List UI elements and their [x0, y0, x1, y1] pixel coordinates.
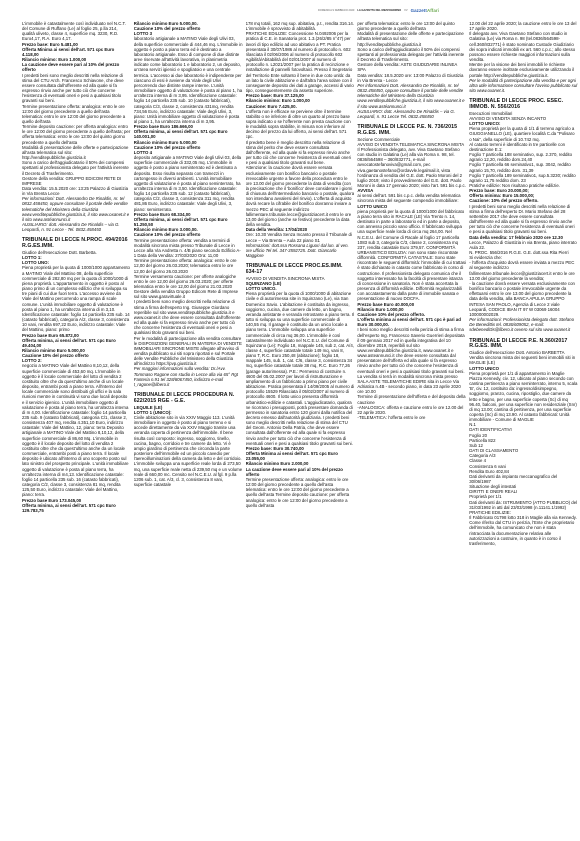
notice-paragraph: - la cauzione dovrà essere versata esclu…: [469, 281, 578, 317]
notice-heading: TRIBUNALE DI LECCE PROC.ES.IMM. 634-17: [246, 264, 355, 276]
notice-paragraph: Piena proprietà per la quota di 1000/100…: [246, 291, 355, 446]
notice-paragraph: Sono a carico dell'aggiudicatario il 50%…: [22, 160, 131, 175]
notice-heading: TRIBUNALE DI LECCE PROCEDURA N. 622/2015…: [134, 393, 243, 405]
notice-paragraph: Foglio 7 particella 66 seminativo1, sup.…: [469, 162, 578, 172]
header-newspaper-name: LA GAZZETTA DEL MEZZOGIORNO: [357, 9, 401, 12]
notice-column-5: 12.00 del 22 aprile 2020; la cauzione en…: [469, 21, 578, 836]
notice-paragraph: Dati derivanti da impianto meccanografic…: [469, 474, 578, 484]
notice-column-3: 178 mq totali, 162 mq sup. abitativa, p.…: [246, 21, 355, 836]
notice-paragraph: Per informazioni Dott. Alessandro De Rin…: [357, 83, 466, 109]
notice-paragraph: Termine presentazione offerta: analogica…: [134, 258, 243, 273]
notice-paragraph: Per informazioni: Professionista delegat…: [469, 317, 578, 332]
notice-paragraph: Dati derivanti da: ISTRUMENTO (ATTO PUBB…: [469, 500, 578, 510]
notice-bold-line: Offerta minima, ai sensi dell'art. 571 c…: [22, 503, 131, 513]
notice-bold-line: Data della vendita: 17 febbraio 2020 ore…: [469, 235, 578, 240]
notice-paragraph: Piena proprietà per la quota di 1/1 di t…: [469, 126, 578, 141]
notice-paragraph: laboratorio artigianale a MATINO Viale d…: [134, 36, 243, 124]
notice-paragraph: 12.00 del 22 aprile 2020; la cauzione en…: [469, 21, 578, 31]
header-date: DOMENICA 9 FEBBRAIO 2020: [318, 9, 354, 12]
notice-bold-line: La cauzione deve essere pari al 10% del …: [246, 467, 355, 477]
notice-paragraph: Termine presentazione offerta: vendita a…: [134, 238, 243, 259]
notice-heading: TRIBUNALE DI LECCE N.PROC. 494/2016 R.G.…: [22, 238, 131, 250]
notice-paragraph: Ore: 10.30 Vendita Senza Incanto presso …: [246, 232, 355, 242]
notice-paragraph: Per informazioni: Dott. Alessandro De Ri…: [22, 196, 131, 222]
notice-paragraph: Vendita sincrona mista dei seguenti beni…: [469, 355, 578, 365]
notice-column-1: L'immobile è catastalmente così individu…: [22, 21, 131, 836]
notice-paragraph: - l'offerta d'acquisto dovrà essere invi…: [469, 260, 578, 281]
notice-bold-line: Offerta minima, ai sensi dell'art. 571 c…: [134, 129, 243, 139]
notice-paragraph: Termine di presentazione dell'offerta e …: [357, 394, 466, 404]
notice-paragraph: Il delegato avv. Viva Gaetano Stefano co…: [469, 31, 578, 62]
notice-paragraph: Termine versamento cauzione: per offerte…: [134, 274, 243, 289]
notice-paragraph: Modalità di presentazione delle offerte …: [22, 145, 131, 160]
notice-bold-line: Offerta Minima ai sensi dell'art. 571 cp…: [246, 451, 355, 461]
notice-bold-line: La cauzione deve essere pari al 10% del …: [22, 62, 131, 72]
notice-paragraph: Al catasto terreni è identificato in tre…: [469, 142, 578, 152]
notice-paragraph: Il predetto bene è meglio descritto nell…: [246, 140, 355, 166]
notice-paragraph: Foglio 7 particella 189 seminativo1, sup…: [469, 173, 578, 183]
notice-paragraph: La vendita si terrà in modalità sincrona…: [357, 374, 466, 395]
notice-paragraph: Gestore della vendita: GRUPPO EDICOM RET…: [22, 176, 131, 186]
notice-paragraph: Gestore della vendita: ASTE GIUDIZIARIE …: [357, 62, 466, 72]
notice-paragraph: Informazioni: dott.ssa Rossana Liguori d…: [246, 243, 355, 258]
notice-paragraph: AUSILIARIO: dott. Alessandro De Rinaldis…: [357, 109, 466, 119]
notice-paragraph: Civile abitazione sito in via XXIV Maggi…: [134, 415, 243, 487]
notice-paragraph: L'immobile è catastalmente così individu…: [22, 21, 131, 42]
brand-main: Gazzett: [411, 8, 427, 13]
notice-bold-line: Offerta minima, ai sensi dell'art. 571 c…: [134, 217, 243, 227]
notice-paragraph: Modalità di presentazione delle offerte …: [357, 31, 466, 46]
notice-paragraph: per offerta telematica: entro le ore 13:…: [357, 21, 466, 31]
notice-paragraph: Termine deposito cauzione: per offerta a…: [22, 124, 131, 145]
notice-paragraph: I predetti beni sono meglio descritti ne…: [22, 73, 131, 104]
notice-paragraph: Termine presentazione offerta: analogica…: [246, 477, 355, 508]
notice-paragraph: Sono a carico dell'aggiudicatario il 50%…: [357, 47, 466, 62]
notice-paragraph: Gestore della vendita Gruppo Edicom Rete…: [134, 289, 243, 299]
notice-paragraph: Foglio 7 particella 188 seminativo, sup.…: [469, 152, 578, 162]
notice-paragraph: -ANALOGICA: offerta e cauzione entro le …: [357, 405, 466, 415]
notice-paragraph: L'offerta non è efficace se perviene olt…: [246, 109, 355, 140]
page-header: DOMENICA 9 FEBBRAIO 2020 LA GAZZETTA DEL…: [318, 5, 439, 15]
notice-bold-line: L'offerta minima ai sensi dell'art. 571 …: [357, 317, 466, 327]
notice-paragraph: I beni sono meglio descritti nella periz…: [357, 327, 466, 373]
gazzettaffari-logo: GazzettAffari: [411, 8, 439, 13]
notice-paragraph: Per le modalità di partecipazione alla v…: [134, 336, 243, 367]
notice-paragraph: PRATICHE EDILIZIE: Concessione N.0492006…: [246, 31, 355, 93]
notice-column-4: per offerta telematica: entro le ore 13:…: [357, 21, 466, 836]
notice-paragraph: Il Professionista delegato, avv. Viva Ga…: [357, 147, 466, 188]
notice-paragraph: deposito artigianale a MATINO Viale degl…: [134, 155, 243, 212]
notice-paragraph: Mentre per la visione dei beni immobili …: [469, 62, 578, 77]
notice-paragraph: Per le modalità di partecipazione alla v…: [469, 78, 578, 93]
notice-paragraph: Il Fabbricato 01798 lotto 318 in Maglie …: [469, 515, 578, 546]
notice-paragraph: piena proprietà per la quota di 1000/100…: [357, 209, 466, 302]
notice-heading: TRIBUNALE DI LECCE PROC. ESEC. IMMOB. N.…: [469, 99, 578, 111]
notice-paragraph: Data vendita: 18.5.2020 ore: 13:00 Palaz…: [357, 73, 466, 83]
notice-paragraph: Piena proprietà per la quota di 1000/100…: [22, 265, 131, 332]
notice-bold-line: Offerta minima, ai sensi dell'art. 571 c…: [22, 338, 131, 348]
brand-accent: Affari: [427, 8, 439, 13]
notice-paragraph: Termine presentazione offerta: analogica…: [22, 104, 131, 125]
notice-paragraph: negozio a MATINO Viale del Mattino 8,10,…: [22, 363, 131, 497]
notice-heading: TRIBUNALE DI LECCE P.E. N. 736/2015 R.G.…: [357, 125, 466, 137]
notice-paragraph: AUSILIARIO: dott. Alessandro De Rinaldis…: [22, 222, 131, 232]
legal-notices-page: L'immobile è catastalmente così individu…: [22, 21, 578, 836]
notice-paragraph: Lecce, Palazzo di Giustizia in via Brent…: [469, 240, 578, 250]
notice-column-2: Rilancio minimo Euro 5.000,00.Cauzione 1…: [134, 21, 243, 836]
notice-paragraph: I predetti beni sono meglio descritti ne…: [469, 204, 578, 235]
notice-paragraph: Data vendita: 15.5.2020 ore: 13:25 Palaz…: [22, 186, 131, 196]
notice-paragraph: Piena proprietà per 1/1 di appartamento …: [469, 371, 578, 423]
notice-paragraph: Per maggiori informazioni sulla vendita:…: [134, 366, 243, 387]
notice-paragraph: Attenzione: la cauzione dovrà essere ver…: [246, 165, 355, 227]
notice-paragraph: ai sensi dell'art. 591 bis c.p.c. della …: [357, 193, 466, 203]
notice-heading: TRIBUNALE DI LECCE P.E. N.360/2017 R.G.E…: [469, 339, 578, 351]
notice-paragraph: I predetti beni sono meglio descritti ne…: [134, 299, 243, 335]
header-page-number: XV: [404, 9, 407, 12]
notice-paragraph: -TELEMATICA: l'offerta entro le ore: [357, 415, 466, 420]
notice-bold-line: Offerta Minima ai sensi dell'art. 571 cp…: [22, 47, 131, 57]
notice-paragraph: 178 mq totali, 162 mq sup. abitativa, p.…: [246, 21, 355, 31]
